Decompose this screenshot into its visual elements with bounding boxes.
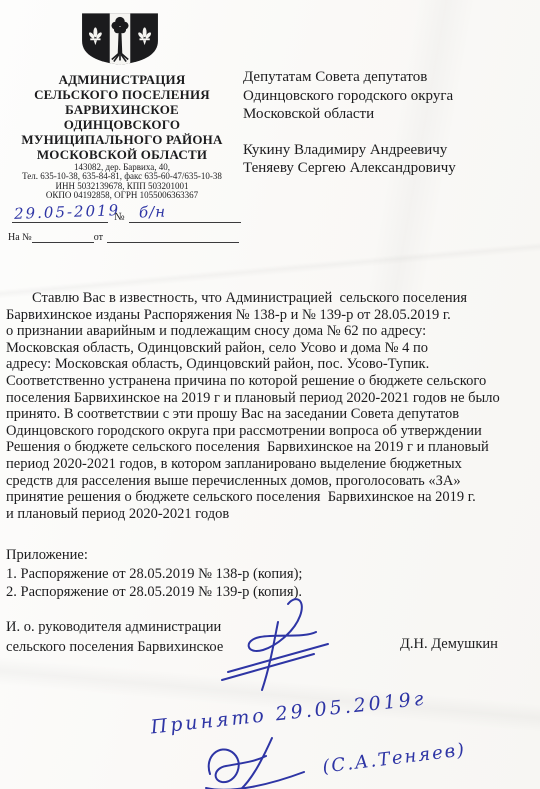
body-line: Барвихинское изданы Распоряжения № 138-р… [6,307,526,324]
letter-body: Ставлю Вас в известность, что Администра… [6,290,526,522]
reference-row: 29.05-2019 № б/н [12,202,242,228]
letterhead-contacts: 143082, дер. Барвиха, 40, Тел. 635-10-38… [0,163,244,200]
body-line: Московская область, Одинцовский район, с… [6,340,526,357]
addressee-block: Депутатам Совета депутатов Одинцовского … [243,68,533,178]
org-line: АДМИНИСТРАЦИЯ [0,72,244,87]
body-line: средств для расселения выше перечисленны… [6,473,526,490]
signature-scrawl [200,732,315,789]
org-line: СЕЛЬСКОГО ПОСЕЛЕНИЯ [0,87,244,102]
attachment-item: 1. Распоряжение от 28.05.2019 № 138-р (к… [6,565,302,584]
addressee-line: Одинцовского городского округа [243,87,533,106]
body-line: о признании аварийным и подлежащим сносу… [6,323,526,340]
number-underline: б/н [129,202,241,223]
handwritten-accepted-by: (С.А.Теняев) [321,739,467,777]
reply-reference-row: На №от [8,230,239,243]
body-line: принято. В соответствии с эти прошу Вас … [6,406,526,423]
attachments-title: Приложение: [6,546,302,565]
reply-label: На № [8,232,32,243]
date-underline: 29.05-2019 [12,202,108,223]
signature-scrawl [216,592,346,697]
reply-number-underline [32,230,94,243]
addressee-line: Депутатам Совета депутатов [243,68,533,87]
addressee-name: Теняеву Сергею Александровичу [243,159,533,178]
body-line: Соответственно устранена причина по кото… [6,373,526,390]
reply-date-underline [107,230,239,243]
body-line: принятие решения о бюджете сельского пос… [6,489,526,506]
body-line: поселения Барвихинское на 2019 г и плано… [6,390,526,407]
letterhead-org-name: АДМИНИСТРАЦИЯ СЕЛЬСКОГО ПОСЕЛЕНИЯ БАРВИХ… [0,72,244,162]
reply-from-label: от [94,232,103,243]
contact-line: ОКПО 04192858, ОГРН 1055006363367 [0,191,244,200]
handwritten-date: 29.05-2019 [14,201,121,223]
body-line: Ставлю Вас в известность, что Администра… [6,290,526,307]
body-line: и плановый период 2020-2021 годов [6,506,526,523]
signer-position-line: сельского поселения Барвихинское [6,638,223,658]
coat-of-arms-icon [80,12,160,71]
scanned-letter-page: АДМИНИСТРАЦИЯ СЕЛЬСКОГО ПОСЕЛЕНИЯ БАРВИХ… [0,0,540,789]
body-line: адресу: Московская область, Одинцовский … [6,356,526,373]
signer-position-line: И. о. руководителя администрации [6,618,223,638]
body-line: период 2020-2021 годов, в котором заплан… [6,456,526,473]
signer-position: И. о. руководителя администрации сельско… [6,618,223,657]
signer-name: Д.Н. Демушкин [400,636,498,653]
org-line: МОСКОВСКОЙ ОБЛАСТИ [0,147,244,162]
addressee-name: Кукину Владимиру Андреевичу [243,141,533,160]
org-line: БАРВИХИНСКОЕ [0,102,244,117]
body-line: Решения о бюджете сельского поселения Ба… [6,439,526,456]
addressee-line: Московской области [243,105,533,124]
org-line: МУНИЦИПАЛЬНОГО РАЙОНА [0,132,244,147]
org-line: ОДИНЦОВСКОГО [0,117,244,132]
body-line: Одинцовского городского округа при рассм… [6,423,526,440]
handwritten-number: б/н [138,203,166,222]
